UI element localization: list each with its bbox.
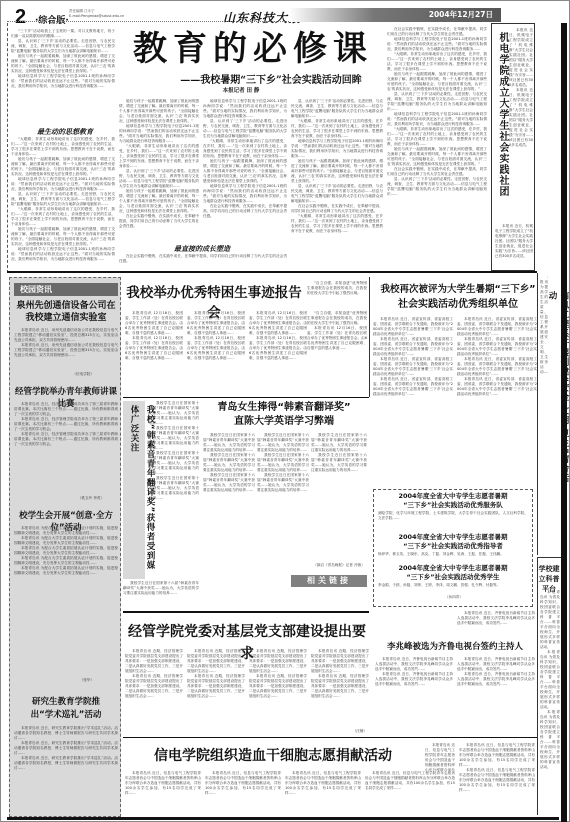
honor-1-text: 测绘学院、化学与环境工程学院、土木建筑学院、大学生骨干社会实践团队、人文社科学院…: [378, 511, 528, 531]
divider-translate-bottom: [123, 611, 369, 613]
campus-news-tag: 校园资讯: [14, 283, 118, 296]
page-number: 2: [15, 6, 26, 29]
lead-section1-heading: 最生动的思想教育: [15, 127, 115, 137]
party-text-4: 本报青岛讯 近期，经济管理学院党委对学院基层党支部建设提出了具体要求：一是加强支…: [311, 649, 369, 729]
party-text-1: 本报青岛讯 近期，经济管理学院党委对学院基层党支部建设提出了具体要求：一是加强支…: [125, 649, 183, 735]
left-margin-dash: [7, 23, 8, 273]
report-text-4: “自立自强，求知奋进”优秀特困生事迹报告会在我校的成功，在我校的在校大学生中引起…: [307, 311, 367, 395]
host-text-1: 本报青岛讯 近日，齐鲁电视台新闻节目主持人选拔活动中，我校文法学院李兆峰同学从众…: [375, 657, 453, 735]
award-text-2: 本报青岛讯 近日，省委宣传部、省委高校工委、团省委、省学联联合下发通知，我校被评…: [457, 317, 537, 487]
news-item-1-text: 本报青岛讯 近日，泉州先创通信设备公司在我校信息与电气工程学院建立“移动通信实验…: [14, 328, 118, 372]
blood-text-1: 本报青岛讯 近日，信息与电气工程学院青年志愿者协会与中国造血干细胞捐献者资料库山…: [125, 771, 201, 817]
sidebar-top-title: 机电学院成立大学生社会实践社团: [495, 32, 510, 222]
related-link-label: 相关链接: [291, 575, 367, 587]
divider-lead-bottom: [7, 271, 537, 273]
right-bottom-text: 本报青岛讯 近日，信息与电气工程学院青年志愿者协会与中国造血干细胞捐献者资料库山…: [459, 743, 535, 815]
news-item-1-credit: （信电学院）: [14, 372, 94, 377]
award-title-line1: 我校再次被评为大学生暑期“三下乡”: [369, 283, 547, 297]
lead-col-1: “大眼睛，非常生动形象地讲出了这次的感受，在乡村，我们……”这一次来到了农村的土…: [11, 137, 115, 269]
honor-3-title-1: 2004年度全省大中专学生志愿者暑期: [374, 564, 532, 573]
honor-2-title-1: 2004年度全省大中专学生志愿者暑期: [374, 533, 532, 542]
honor-3-title-2: “三下乡”社会实践活动优秀学生: [374, 573, 532, 582]
translate-title-line1: 青岛女生捧得“韩素音翻译奖”: [201, 401, 367, 415]
report-text-3: 本报青岛讯 12月16日，校团委、学生工作部（处）在青岛校区联合举办了优秀特困生…: [249, 311, 307, 395]
sidebar-top-box: 机电学院成立大学生社会实践社团 本报讯 近日，机械电子工程学院成立了“机电维修”…: [491, 23, 535, 271]
party-credit: （汪楠）: [331, 729, 367, 734]
divider-report-bottom: [123, 397, 369, 398]
honor-box: 2004年度全省大中专学生志愿者暑期 “三下乡”社会实践活动优秀服务队 测绘学院…: [373, 489, 533, 607]
news-item-3-text: 本报青岛讯 为配合大学生素质拓展认证计划的实施，促进校园精神文明建设，充分发挥大…: [14, 526, 118, 676]
translate-side-panel: 我校“韩素音青年翻译奖”获得者受到媒体广泛关注: [123, 401, 145, 579]
blood-text-4: 本报青岛讯 近日，信息与电气工程学院青年志愿者协会与中国造血干细胞捐献者资料库山…: [365, 771, 455, 817]
section-label: ·综合版·: [35, 13, 69, 26]
news-item-2-text: 本报青岛讯 近日，经济管理学院成功举办了第三届青年教师讲课比赛。本次比赛有三个特…: [14, 402, 118, 496]
lead-col-bottom: 在社会实践中锻炼，在实践中成长，在奉献中提高，同学们用自己的行动诠释了当代大学生…: [119, 254, 287, 268]
sidebar-bottom-box: 学校建立科普平台 本报青岛讯 为普及科学知识，校团委联合各学院建立科普平台……科…: [537, 557, 561, 815]
host-text-2: 本报青岛讯 近日，齐鲁电视台新闻节目主持人选拔活动中，我校文法学院李兆峰同学从众…: [457, 657, 535, 735]
translate-text-2: 我校学生近日在国家第十六届“韩素音青年翻译奖”大赛中获奖……她认为，大学英语的学…: [257, 433, 309, 593]
page-header: 2 ·综合版· 责任编辑 江永宁 E-mail:Pengmiao@sdust.e…: [1, 1, 570, 25]
divider-page-bottom: [7, 817, 559, 820]
blood-title: 信电学院组织造血干细胞志愿捐献活动: [123, 745, 423, 767]
host-title: 李兆峰被选为齐鲁电视台签约主持人: [373, 641, 537, 654]
report-text-2: 本报青岛讯 12月16日，校团委、学生工作部（处）在青岛校区联合举办了优秀特困生…: [187, 311, 245, 395]
party-text-3: 本报青岛讯 近期，经济管理学院党委对学院基层党支部建设提出了具体要求：一是加强支…: [249, 649, 307, 735]
header-dots: [7, 21, 289, 22]
news-item-2-credit: （奚玉玲 李虎）: [14, 496, 104, 501]
honor-1-title-1: 2004年度全省大中专学生志愿者暑期: [374, 492, 532, 501]
award-text-1: 本报青岛讯 近日，省委宣传部、省委高校工委、团省委、省学联联合下发通知，我校被评…: [373, 317, 453, 487]
news-item-3-credit: （张华）: [14, 678, 94, 683]
blood-text-2: 本报青岛讯 近日，信息与电气工程学院青年志愿者协会与中国造血干细胞捐献者资料库山…: [205, 771, 281, 817]
sidebar-top-text-2: 本报讯 近日，机械电子工程学院成立了“机电维修”大学生社会实践社团。社团以“服务…: [495, 224, 533, 268]
report-text-1: 本报青岛讯 12月16日，校团委、学生工作部（处）在青岛校区联合举办了优秀特困生…: [125, 311, 183, 395]
lead-col-4: 县、认识到了‘三下乡’活动的必要性。走进田野，与农民交流，调查、卫生、教育等方面…: [291, 99, 383, 269]
honor-3-credit: （孙四青）: [434, 595, 474, 600]
divider-blood-top: [123, 737, 537, 738]
award-title-line2: 社会实践活动优秀组织单位: [369, 298, 547, 312]
sidebar-top-text-1: 本报讯 近日，机械电子工程学院成立了“机电维修”大学生社会实践社团。社团以“服务…: [509, 28, 533, 176]
translate-side-text: 我校学生近日在国家第十六届“韩素音青年翻译奖”大赛中获奖……她认为，大学英语的学…: [149, 401, 199, 593]
translate-text-1: 我校学生近日在国家第十六届“韩素音青年翻译奖”大赛中获奖……她认为，大学英语的学…: [203, 433, 255, 593]
honor-2-title-2: “三下乡”社会实践活动优秀指导者: [374, 542, 532, 551]
party-text-2: 本报青岛讯 近期，经济管理学院党委对学院基层党支部建设提出了具体要求：一是加强支…: [187, 649, 245, 735]
lead-col-5: 在社会实践中锻炼，在实践中成长，在奉献中提高，同学们用自己的行动诠释了当代大学生…: [387, 27, 487, 269]
honor-2-text: 杨伊华、林玉英、王晓东、高克、丁磊、刘金辉、吴涛、王振、任磊、王伟鹏。: [378, 552, 528, 562]
campus-news-panel: 校园资讯 泉州先创通信设备公司在我校建立通信实验室 本报青岛讯 近日，泉州先创通…: [9, 277, 121, 817]
lead-col-3: 地球信息科学与工程学院电子信息2001-1班的孙海同学说：“然而我们的活动收获还…: [203, 99, 287, 241]
honor-1-title-2: “三下乡”社会实践活动优秀服务队: [374, 501, 532, 510]
editor-info: 责任编辑 江永宁 E-mail:Pengmiao@sdust.edu.cn: [69, 9, 124, 19]
honor-3-text: 李金娟、于跃、孙磊、刘帅、王婷、李泽、周文鹏、贺强、孔令辉、付磊等。: [378, 583, 528, 593]
translate-credit: （摘自《青岛晚报》记者 冷蓉）: [311, 563, 367, 568]
blood-text-3: 本报青岛讯 近日，信息与电气工程学院青年志愿者协会与中国造血干细胞捐献者资料库山…: [285, 771, 361, 817]
news-item-4-title: 研究生教育学院推出“学术巡礼”活动: [24, 696, 108, 722]
translate-text-bottom: 我校学生近日在国家第十六届“韩素音青年翻译奖”大赛中获奖……她认为，大学英语的学…: [123, 581, 199, 603]
translate-text-3: 我校学生近日在国家第十六届“韩素音青年翻译奖”大赛中获奖……她认为，大学英语的学…: [311, 433, 367, 563]
email-line: E-mail:Pengmiao@sdust.edu.cn: [69, 14, 124, 19]
news-item-1-title: 泉州先创通信设备公司在我校建立通信实验室: [14, 300, 118, 324]
sidebar-mid-title: 信息工程系开展创建“安全 文明 卫生”宿舍活动: [546, 291, 570, 491]
lead-subtitle: ——我校暑期“三下乡”社会实践活动回眸: [141, 71, 401, 86]
date-bar: 2004年12月27日: [289, 8, 501, 22]
lead-byline: 本报记者 田 静: [191, 86, 291, 94]
sidebar-bottom-text: 本报青岛讯 为普及科学知识，校团委联合各学院建立科普平台……科普平台面向全校师生…: [540, 590, 560, 810]
blood-text-right: 本报青岛讯 近日，信息与电气工程学院青年志愿者协会与中国造血干细胞捐献者资料库山…: [425, 743, 455, 771]
lead-title: 教育的必修课: [123, 29, 383, 69]
lead-section2-heading: 最直接的成长塑造: [147, 244, 257, 254]
sidebar-mid-box: 信息工程系开展创建“安全 文明 卫生”宿舍活动 本报讯 为提高学生的生活质量，信…: [537, 273, 561, 555]
sidebar-mid-text: 本报讯 为提高学生的生活质量，信息工程系开展创建安全、文明、卫生宿舍活动……: [540, 275, 548, 545]
report-quote: “自立自强，求知奋进”优秀特困生事迹报告会在我校的成功，在我校的在校大学生中引起…: [307, 281, 367, 311]
news-item-4-text: 本报青岛讯 近日，研究生教育学院推出“学术巡礼”活动。活动邀请各学院知名教授、博…: [14, 726, 118, 814]
lead-col-intro: “三下乡”活动给我上了宝贵的一课。对口支教的地方，孩子们那一双双渴望知识的眼睛……: [11, 29, 115, 125]
newspaper-page: 2 ·综合版· 责任编辑 江永宁 E-mail:Pengmiao@sdust.e…: [0, 0, 570, 822]
right-strip-text: 本报青岛讯 近日，齐鲁电视台新闻节目主持人选拔活动中，我校文法学院李兆峰同学从众…: [457, 611, 535, 635]
lead-col-2: 她们与孩子一起跟着跳舞，加深了彼此间的感情，增进了交流和了解。最后要离开的时候，…: [119, 99, 199, 241]
translate-title-line2: 直陈大学英语学习弊端: [201, 415, 367, 429]
